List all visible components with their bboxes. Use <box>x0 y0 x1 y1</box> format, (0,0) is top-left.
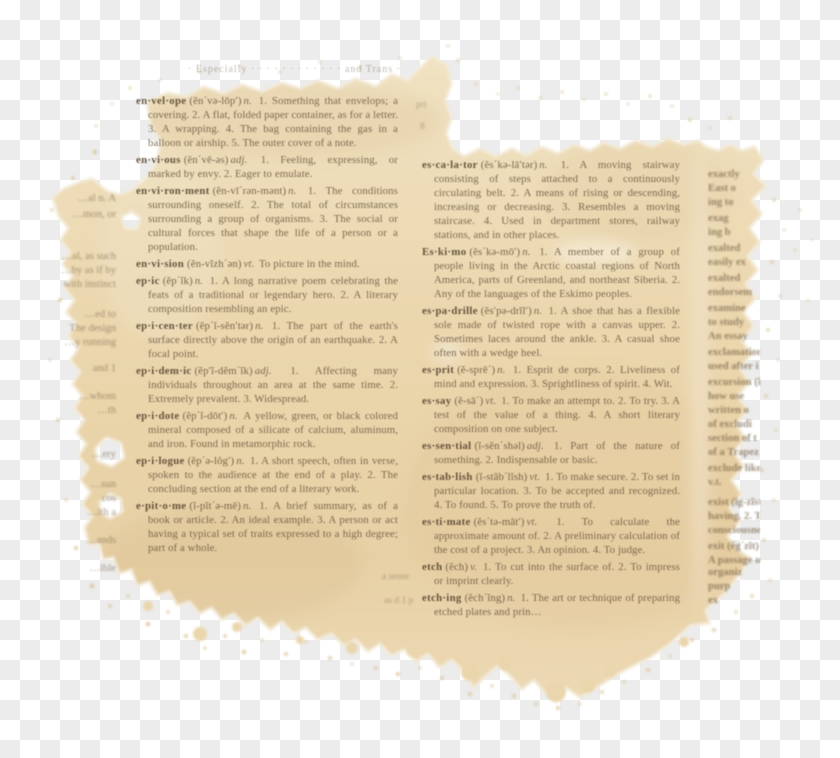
torn-text-fragment: as d 1 p <box>384 596 413 606</box>
torn-text-fragment: pri <box>416 100 427 110</box>
transparency-checkerboard: · Especially · · · · · · · · · · · · and… <box>0 0 840 758</box>
torn-text-fragment: g <box>420 120 425 130</box>
dictionary-text-layer: · Especially · · · · · · · · · · · · and… <box>0 0 840 758</box>
torn-text-fragment: a sense <box>382 572 409 582</box>
stray-fragments-layer: pri g a sense as d 1 p <box>0 0 840 758</box>
